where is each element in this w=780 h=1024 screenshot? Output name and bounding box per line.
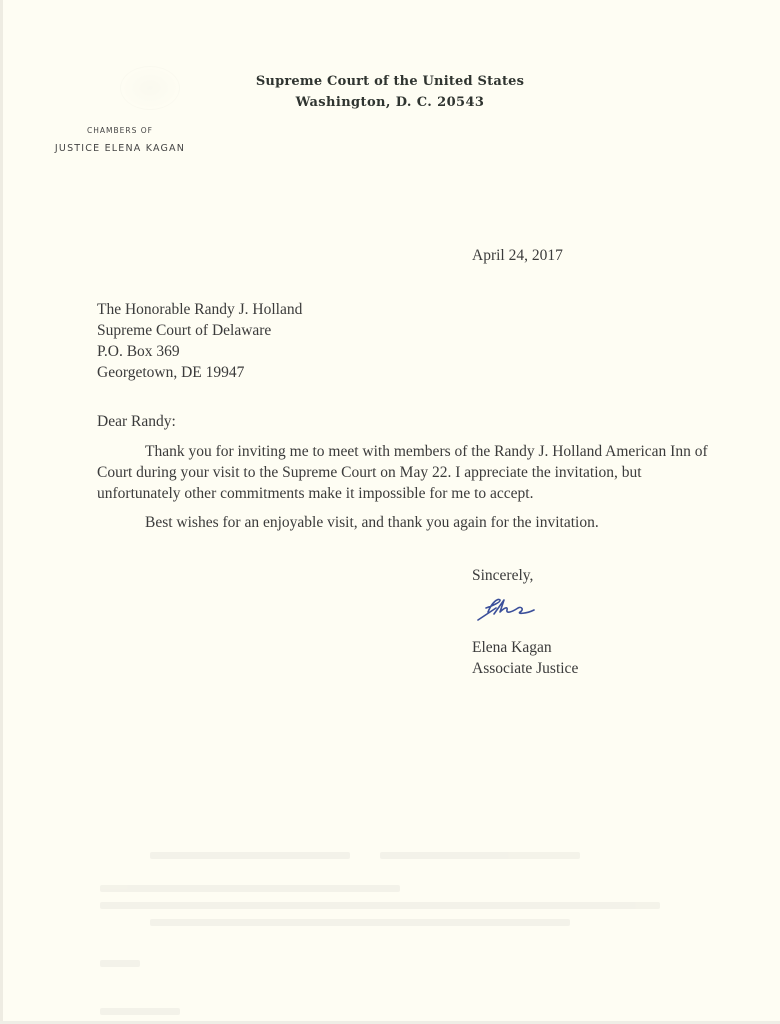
recipient-line: Supreme Court of Delaware [97,320,302,341]
justice-label: JUSTICE ELENA KAGAN [30,143,210,154]
body-paragraph-1: Thank you for inviting me to meet with m… [97,441,717,504]
recipient-line: Georgetown, DE 19947 [97,362,302,383]
signer-title: Associate Justice [472,658,578,679]
salutation: Dear Randy: [97,411,176,432]
letterhead-court: Supreme Court of the United States [0,74,780,89]
chambers-label: CHAMBERS OF [60,126,180,135]
body-paragraph-2: Best wishes for an enjoyable visit, and … [145,512,599,533]
letter-date: April 24, 2017 [472,245,563,266]
letterhead-city: Washington, D. C. 20543 [0,95,780,110]
paragraph-text: Thank you for inviting me to meet with m… [97,441,717,504]
paper-edge-left [0,0,3,1024]
recipient-line: P.O. Box 369 [97,341,302,362]
signature-icon [474,592,544,626]
recipient-line: The Honorable Randy J. Holland [97,299,302,320]
letter-page: Supreme Court of the United States Washi… [0,0,780,1024]
closing: Sincerely, [472,565,533,586]
recipient-address: The Honorable Randy J. Holland Supreme C… [97,299,302,383]
reverse-side-bleed-through [0,840,780,1024]
signer-name: Elena Kagan [472,637,552,658]
